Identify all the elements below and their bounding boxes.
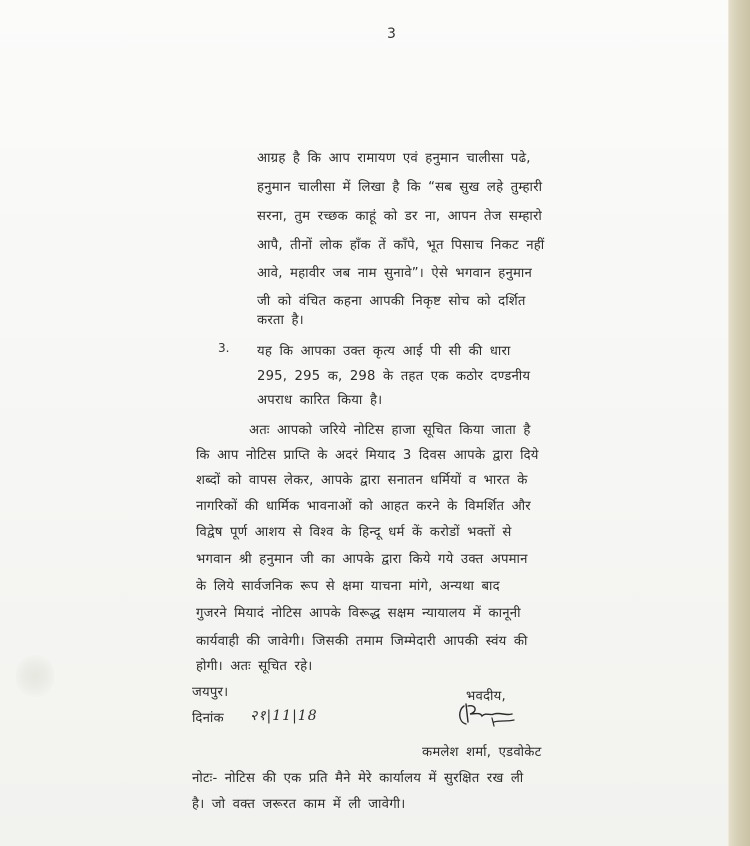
paper-edge <box>728 0 750 846</box>
paragraph-line: सरना, तुम रच्छक काहूं को डर ना, आपन तेज … <box>257 206 542 224</box>
place: जयपुर। <box>192 682 228 700</box>
date-label: दिनांक <box>192 708 224 726</box>
notice-line: गुजरने मियादं नोटिस आपके विरूद्ध सक्षम न… <box>196 603 521 621</box>
paragraph-line: करता है। <box>257 310 304 328</box>
notice-line: कि आप नोटिस प्राप्ति के अदरं मियाद 3 दिव… <box>196 445 539 463</box>
paper-stain <box>16 655 54 697</box>
paragraph-line: हनुमान चालीसा में लिखा है कि “सब सुख लहे… <box>257 177 542 195</box>
paragraph-line: आग्रह है कि आप रामायण एवं हनुमान चालीसा … <box>257 148 531 166</box>
paragraph-line: आपै, तीनों लोक हाँक तें काँपे, भूत पिसाच… <box>257 235 544 253</box>
item-line: अपराध कारित किया है। <box>257 390 382 408</box>
item-line: यह कि आपका उक्त कृत्य आई पी सी की धारा <box>257 341 511 359</box>
notice-line: नागरिकों की धार्मिक भावनाओं को आहत करने … <box>196 496 531 514</box>
notice-line: भगवान श्री हनुमान जी का आपके द्वारा किये… <box>196 549 528 567</box>
item-number: 3. <box>218 341 229 355</box>
signatory: कमलेश शर्मा, एडवोकेट <box>422 742 541 760</box>
notice-line: विद्वेष पूर्ण आशय से विश्व के हिन्दू धर्… <box>196 522 512 540</box>
notice-line: होगी। अतः सूचित रहे। <box>196 656 313 674</box>
notice-line: के लिये सार्वजनिक रूप से क्षमा याचना मां… <box>196 576 500 594</box>
item-line: 295, 295 क, 298 के तहत एक कठोर दण्डनीय <box>257 366 530 384</box>
document-page: 3 आग्रह है कि आप रामायण एवं हनुमान चालीस… <box>0 0 728 846</box>
note-line: नोटः- नोटिस की एक प्रति मैने मेरे कार्या… <box>192 768 523 786</box>
notice-line: अतः आपको जरिये नोटिस हाजा सूचित किया जात… <box>249 420 531 438</box>
signature-mark <box>456 700 516 728</box>
page-number: 3 <box>387 26 396 42</box>
notice-line: कार्यवाही की जावेगी। जिसकी तमाम जिम्मेदा… <box>196 631 528 649</box>
note-line: है। जो वक्त जरूरत काम में ली जावेगी। <box>192 794 405 812</box>
paragraph-line: जी को वंचित कहना आपकी निकृष्ट सोच को दर्… <box>257 291 526 309</box>
date-value: २१|11|18 <box>250 706 318 725</box>
notice-line: शब्दों को वापस लेकर, आपके द्वारा सनातन ध… <box>196 470 528 488</box>
paragraph-line: आवे, महावीर जब नाम सुनावे”। ऐसे भगवान हन… <box>257 263 532 281</box>
